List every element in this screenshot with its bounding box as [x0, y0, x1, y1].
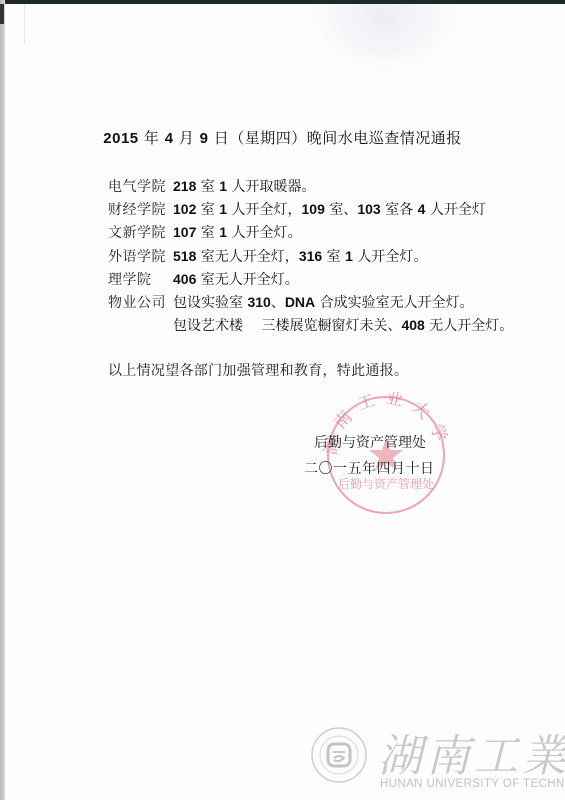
description-segment: 人开全灯。 — [227, 225, 301, 241]
inspection-row: 理学院406 室无人开全灯。 — [108, 267, 513, 290]
description-segment: 室各 — [381, 202, 418, 218]
inspection-row: 物业公司包设实验室 310、DNA 合成实验室无人开全灯。 — [108, 290, 513, 313]
title-rest: 日（星期四）晚间水电巡查情况通报 — [208, 129, 461, 147]
title-month-unit: 月 — [174, 129, 200, 147]
description-segment: 人开全灯， — [227, 202, 301, 218]
seal-inner-text: 后勤与资产管理处 — [338, 476, 434, 491]
description-segment: 室、 — [325, 202, 357, 218]
violation-description: 包设艺术楼 三楼展览橱窗灯未关、408 无人开全灯。 — [173, 315, 513, 335]
title-month: 4 — [165, 130, 174, 147]
description-segment: 1 — [345, 248, 353, 264]
description-segment: DNA — [285, 294, 315, 310]
description-segment: 310 — [247, 294, 270, 310]
violation-description: 包设实验室 310、DNA 合成实验室无人开全灯。 — [173, 292, 474, 312]
violation-description: 406 室无人开全灯。 — [173, 269, 299, 289]
violation-description: 107 室 1 人开全灯。 — [173, 222, 302, 242]
description-segment: 518 — [173, 248, 196, 264]
inspection-row: 文新学院107 室 1 人开全灯。 — [108, 221, 513, 244]
description-segment: 合成实验室无人开全灯。 — [315, 295, 473, 311]
department-name: 物业公司 — [108, 292, 173, 312]
inspection-row: 电气学院218 室 1 人开取暖器。 — [108, 174, 513, 197]
description-segment: 室 — [196, 202, 219, 218]
description-segment: 316 — [299, 248, 322, 264]
official-seal-icon: 湖南工业大学 后勤与资产管理处 — [318, 392, 454, 518]
violation-description: 102 室 1 人开全灯，109 室、103 室各 4 人开全灯 — [173, 199, 486, 219]
violation-description: 218 室 1 人开取暖器。 — [173, 176, 316, 196]
inspection-row: 财经学院102 室 1 人开全灯，109 室、103 室各 4 人开全灯 — [108, 197, 513, 220]
issuing-office: 后勤与资产管理处 — [314, 432, 426, 452]
description-segment: 、 — [271, 295, 285, 311]
department-name: 外语学院 — [108, 246, 173, 266]
description-segment: 218 — [173, 178, 196, 194]
description-segment: 102 — [173, 201, 196, 217]
department-name: 财经学院 — [108, 199, 173, 219]
scan-shadow — [310, 4, 460, 74]
university-name-cn: 湖南工業大學 — [378, 720, 565, 784]
description-segment: 包设实验室 — [173, 295, 247, 311]
university-footer-logo: 湖南工業大學 HUNAN UNIVERSITY OF TECHNOLOGY — [310, 718, 565, 796]
description-segment: 包设艺术楼 三楼展览橱窗灯未关、 — [173, 318, 401, 334]
university-name-en: HUNAN UNIVERSITY OF TECHNOLOGY — [380, 778, 565, 790]
inspection-row: 外语学院518 室无人开全灯，316 室 1 人开全灯。 — [108, 244, 513, 267]
description-segment: 无人开全灯。 — [425, 318, 513, 334]
description-segment: 107 — [173, 224, 196, 240]
description-segment: 406 — [173, 271, 196, 287]
description-segment: 室 — [322, 249, 345, 265]
description-segment: 408 — [401, 317, 424, 333]
closing-statement: 以上情况望各部门加强管理和教育，特此通报。 — [108, 360, 408, 380]
inspection-list: 电气学院218 室 1 人开取暖器。财经学院102 室 1 人开全灯，109 室… — [108, 174, 513, 337]
description-segment: 1 — [219, 224, 227, 240]
inspection-row: 包设艺术楼 三楼展览橱窗灯未关、408 无人开全灯。 — [108, 314, 513, 337]
description-segment: 人开全灯 — [425, 202, 485, 218]
description-segment: 103 — [357, 201, 380, 217]
department-name: 文新学院 — [108, 222, 173, 242]
violation-description: 518 室无人开全灯，316 室 1 人开全灯。 — [173, 246, 427, 266]
scan-border-left — [0, 0, 5, 800]
description-segment: 室 — [196, 225, 219, 241]
description-segment: 室无人开全灯。 — [196, 272, 298, 288]
document-title: 2015 年 4 月 9 日（星期四）晚间水电巡查情况通报 — [0, 127, 565, 148]
department-name: 理学院 — [108, 269, 173, 289]
description-segment: 1 — [219, 201, 227, 217]
scan-border-top — [0, 0, 565, 4]
department-name: 电气学院 — [108, 176, 173, 196]
description-segment: 室 — [196, 179, 219, 195]
description-segment: 人开全灯。 — [353, 249, 427, 265]
description-segment: 109 — [302, 201, 325, 217]
title-year-unit: 年 — [139, 129, 165, 147]
title-year: 2015 — [103, 130, 138, 147]
issue-date: 二〇一五年四月十日 — [304, 458, 435, 478]
scan-border-corner — [0, 4, 4, 24]
page-edge-line — [24, 4, 25, 44]
description-segment: 人开取暖器。 — [227, 179, 315, 195]
university-emblem-icon — [310, 726, 368, 784]
description-segment: 室无人开全灯， — [196, 249, 298, 265]
description-segment: 1 — [219, 178, 227, 194]
